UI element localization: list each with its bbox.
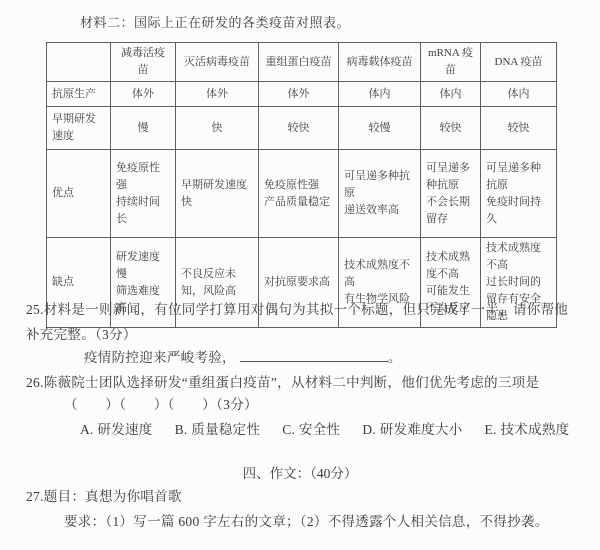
table-cell: 可呈递多种抗原 免疫时间持久	[481, 150, 557, 238]
question-25-text: 25.材料是一则新闻，有位同学打算用对偶句为其拟一个标题，但只完成了一半，请你帮…	[26, 297, 578, 347]
q26-options: A. 研发速度B. 质量稳定性C. 安全性D. 研发难度大小E. 技术成熟度	[80, 417, 590, 442]
question-27-title: 27.题目：真想为你唱首歌	[26, 484, 182, 509]
table-cell: 较慢	[339, 107, 421, 150]
table-header-cell: 重组蛋白疫苗	[259, 43, 339, 82]
table-header-cell: 灭活病毒疫苗	[176, 43, 259, 82]
table-header-cell	[47, 43, 111, 82]
vaccine-comparison-table: 减毒活疫苗 灭活病毒疫苗 重组蛋白疫苗 病毒载体疫苗 mRNA 疫苗 DNA 疫…	[46, 42, 557, 328]
table-header-cell: DNA 疫苗	[481, 43, 557, 82]
table-cell: 体外	[176, 82, 259, 107]
table-cell: 慢	[111, 107, 176, 150]
table-row-label: 抗原生产	[47, 82, 111, 107]
q26-answer-brackets: （ ）（ ）（ ）（3分）	[64, 392, 258, 417]
table-cell: 较快	[259, 107, 339, 150]
table-row: 优点 免疫原性强 持续时间长 早期研发速度快 免疫原性强 产品质量稳定 可呈递多…	[47, 150, 557, 238]
table-header-cell: 病毒载体疫苗	[339, 43, 421, 82]
table-cell: 早期研发速度快	[176, 150, 259, 238]
table-cell: 免疫原性强 产品质量稳定	[259, 150, 339, 238]
table-header-row: 减毒活疫苗 灭活病毒疫苗 重组蛋白疫苗 病毒载体疫苗 mRNA 疫苗 DNA 疫…	[47, 43, 557, 82]
table-header-cell: mRNA 疫苗	[421, 43, 481, 82]
table-cell: 较快	[481, 107, 557, 150]
section-four-heading: 四、作文：（40分）	[0, 462, 600, 482]
table-row-label: 优点	[47, 150, 111, 238]
material-two-intro: 材料二：国际上正在研发的各类疫苗对照表。	[80, 12, 350, 31]
table-cell: 可呈递多种抗原 递送效率高	[339, 150, 421, 238]
q26-option: D. 研发难度大小	[362, 422, 462, 437]
table-cell: 免疫原性强 持续时间长	[111, 150, 176, 238]
table-row: 早期研发速度 慢 快 较快 较慢 较快 较快	[47, 107, 557, 150]
table-cell: 体内	[339, 82, 421, 107]
q26-option: C. 安全性	[282, 422, 340, 437]
table-row: 抗原生产 体外 体外 体外 体内 体内 体内	[47, 82, 557, 107]
table-cell: 快	[176, 107, 259, 150]
q26-option: B. 质量稳定性	[175, 422, 261, 437]
q25-prompt: 疫情防控迎来严峻考验，	[84, 350, 236, 365]
table-cell: 体外	[259, 82, 339, 107]
question-25-fill-line: 疫情防控迎来严峻考验，。	[84, 345, 402, 370]
question-27-requirements: 要求：（1）写一篇 600 字左右的文章；（2）不得透露个人相关信息，不得抄袭。	[64, 509, 584, 534]
table-cell: 可呈递多种抗原 不会长期留存	[421, 150, 481, 238]
scanned-exam-page: 材料二：国际上正在研发的各类疫苗对照表。 减毒活疫苗 灭活病毒疫苗 重组蛋白疫苗…	[0, 0, 600, 550]
q26-option: A. 研发速度	[80, 422, 153, 437]
table-cell: 较快	[421, 107, 481, 150]
q26-option: E. 技术成熟度	[485, 422, 570, 437]
table-cell: 体内	[481, 82, 557, 107]
table-row-label: 早期研发速度	[47, 107, 111, 150]
table-cell: 体外	[111, 82, 176, 107]
q25-suffix: 。	[388, 350, 402, 365]
table-header-cell: 减毒活疫苗	[111, 43, 176, 82]
table-cell: 体内	[421, 82, 481, 107]
q25-blank-underline	[240, 348, 388, 362]
